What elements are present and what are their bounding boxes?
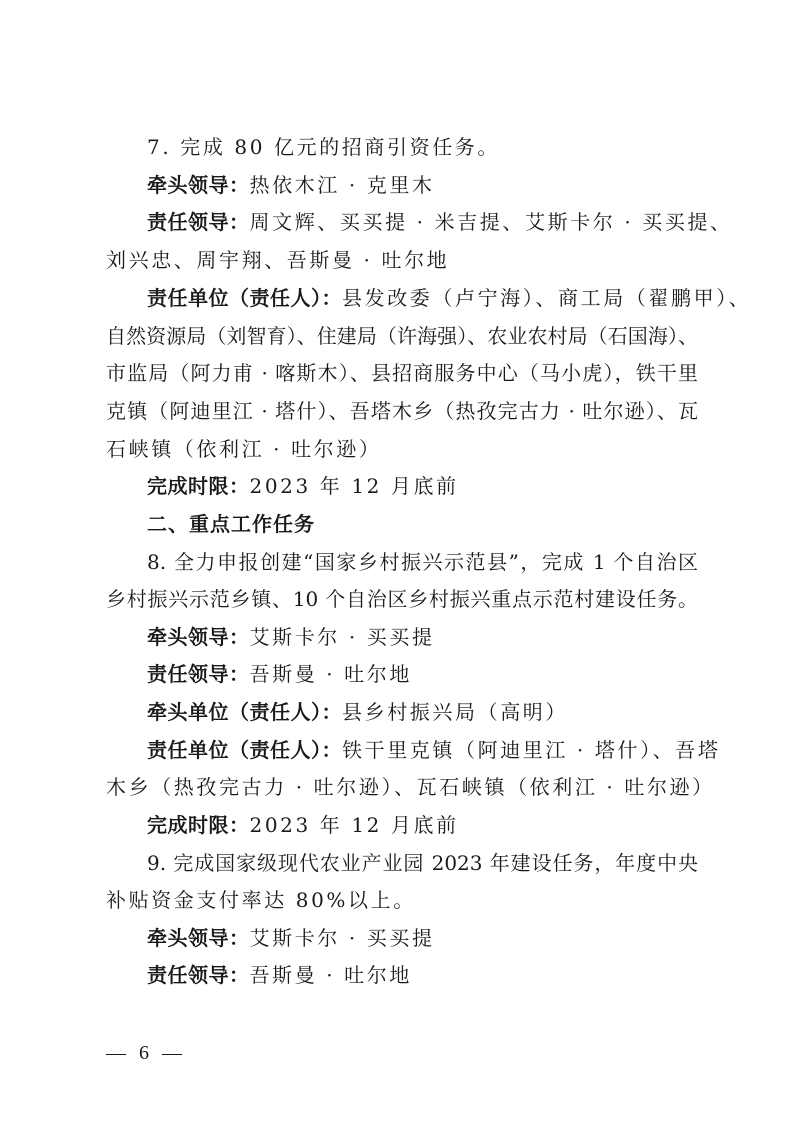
section-heading: 二、重点工作任务 <box>147 509 698 539</box>
task7-responsible-leader-cont: 刘兴忠、周宇翔、吾斯曼 · 吐尔地 <box>106 245 698 275</box>
lead-leader-value: 热依木江 · 克里木 <box>250 173 435 197</box>
task7-responsible-unit-cont-3: 克镇（阿迪里江 · 塔什）、吾塔木乡（热孜完古力 · 吐尔逊）、瓦 <box>106 396 698 426</box>
responsible-leader-value: 周文辉、买买提 · 米吉提、艾斯卡尔 · 买买提、 <box>250 210 733 234</box>
deadline-label: 完成时限： <box>147 813 250 837</box>
lead-unit-label: 牵头单位（责任人）： <box>147 700 342 724</box>
deadline-value: 2023 年 12 月底前 <box>250 474 459 498</box>
document-page: 7. 完成 80 亿元的招商引资任务。 牵头领导：热依木江 · 克里木 责任领导… <box>0 0 793 1122</box>
lead-unit-value: 县乡村振兴局（高明） <box>342 700 568 724</box>
page-number: — 6 — <box>106 1038 186 1068</box>
task7-title: 7. 完成 80 亿元的招商引资任务。 <box>147 132 698 162</box>
task8-deadline: 完成时限：2023 年 12 月底前 <box>147 810 698 840</box>
responsible-leader-value: 吾斯曼 · 吐尔地 <box>250 662 412 686</box>
task7-lead-leader: 牵头领导：热依木江 · 克里木 <box>147 170 698 200</box>
lead-leader-label: 牵头领导： <box>147 173 250 197</box>
task8-title-cont: 乡村振兴示范乡镇、10 个自治区乡村振兴重点示范村建设任务。 <box>106 584 698 614</box>
task7-deadline: 完成时限：2023 年 12 月底前 <box>147 471 698 501</box>
task9-title: 9. 完成国家级现代农业产业园 2023 年建设任务，年度中央 <box>147 848 698 878</box>
task8-title: 8. 全力申报创建“国家乡村振兴示范县”，完成 1 个自治区 <box>147 547 698 577</box>
responsible-unit-label: 责任单位（责任人）： <box>147 738 342 762</box>
responsible-unit-label: 责任单位（责任人）： <box>147 286 342 310</box>
responsible-unit-value: 县发改委（卢宁海）、商工局（翟鹏甲）、 <box>342 286 751 310</box>
lead-leader-label: 牵头领导： <box>147 625 250 649</box>
responsible-leader-label: 责任领导： <box>147 210 250 234</box>
task7-responsible-leader: 责任领导：周文辉、买买提 · 米吉提、艾斯卡尔 · 买买提、 <box>147 207 698 237</box>
task7-responsible-unit-cont-1: 自然资源局（刘智育）、住建局（许海强）、农业农村局（石国海）、 <box>106 321 698 351</box>
task8-lead-unit: 牵头单位（责任人）：县乡村振兴局（高明） <box>147 697 698 727</box>
task9-title-cont: 补贴资金支付率达 80%以上。 <box>106 885 698 915</box>
task8-responsible-leader: 责任领导：吾斯曼 · 吐尔地 <box>147 659 698 689</box>
task8-lead-leader: 牵头领导：艾斯卡尔 · 买买提 <box>147 622 698 652</box>
task7-responsible-unit: 责任单位（责任人）：县发改委（卢宁海）、商工局（翟鹏甲）、 <box>147 283 698 313</box>
task7-responsible-unit-cont-2: 市监局（阿力甫 · 喀斯木）、县招商服务中心（马小虎），铁干里 <box>106 358 698 388</box>
task7-responsible-unit-cont-4: 石峡镇（依利江 · 吐尔逊） <box>106 434 698 464</box>
task8-responsible-unit-cont: 木乡（热孜完古力 · 吐尔逊）、瓦石峡镇（依利江 · 吐尔逊） <box>106 772 698 802</box>
lead-leader-value: 艾斯卡尔 · 买买提 <box>250 625 435 649</box>
responsible-unit-value: 铁干里克镇（阿迪里江 · 塔什）、吾塔 <box>342 738 720 762</box>
lead-leader-value: 艾斯卡尔 · 买买提 <box>250 926 435 950</box>
deadline-label: 完成时限： <box>147 474 250 498</box>
responsible-leader-label: 责任领导： <box>147 662 250 686</box>
responsible-leader-value: 吾斯曼 · 吐尔地 <box>250 963 412 987</box>
responsible-leader-label: 责任领导： <box>147 963 250 987</box>
task8-responsible-unit: 责任单位（责任人）：铁干里克镇（阿迪里江 · 塔什）、吾塔 <box>147 735 698 765</box>
lead-leader-label: 牵头领导： <box>147 926 250 950</box>
deadline-value: 2023 年 12 月底前 <box>250 813 459 837</box>
task9-lead-leader: 牵头领导：艾斯卡尔 · 买买提 <box>147 923 698 953</box>
task9-responsible-leader: 责任领导：吾斯曼 · 吐尔地 <box>147 960 698 990</box>
